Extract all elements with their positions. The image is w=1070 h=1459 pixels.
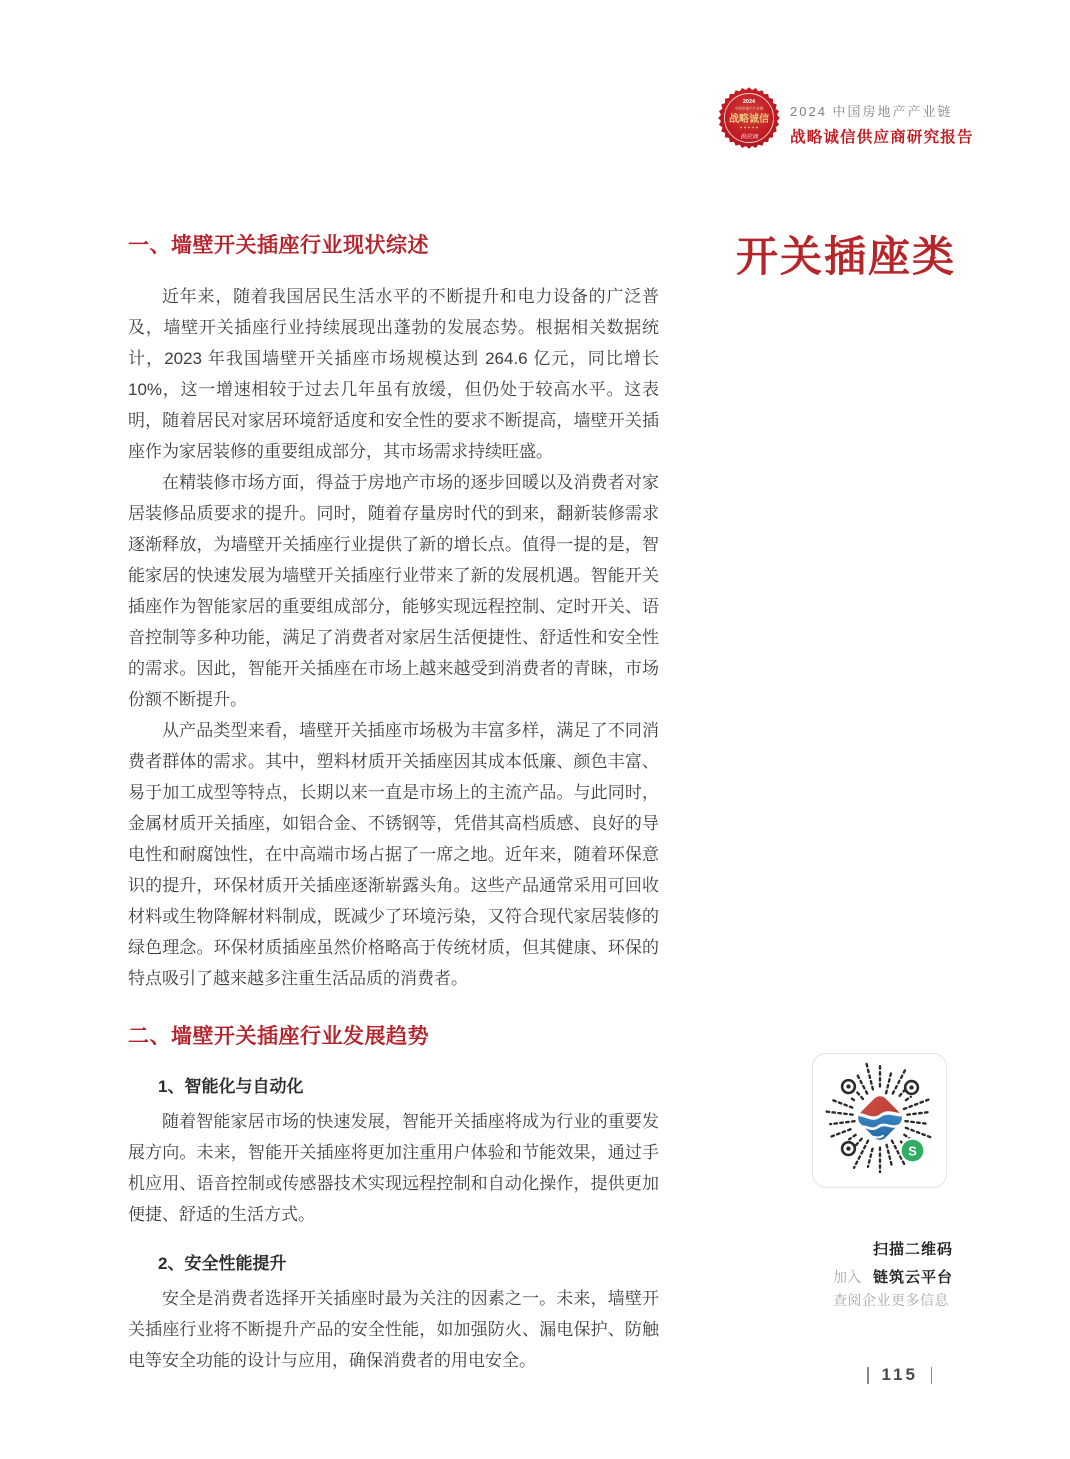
header-title: 战略诚信供应商研究报告 <box>790 125 974 147</box>
page-number: 115 <box>867 1365 932 1385</box>
section-1-heading: 一、墙壁开关插座行业现状综述 <box>128 229 659 259</box>
wechat-s-glyph: S <box>908 1143 917 1158</box>
page-number-right-bar <box>931 1367 933 1384</box>
seal-industry: 中国房地产产业链 <box>735 106 764 111</box>
header-subtitle: 2024 中国房地产产业链 <box>790 101 974 120</box>
page-number-left-bar <box>867 1367 869 1384</box>
report-page: 2024 中国房地产产业链 战略诚信 ★ ★ ★ ★ ★ 供应商 2024 中国… <box>0 0 1070 1459</box>
strategic-integrity-seal: 2024 中国房地产产业链 战略诚信 ★ ★ ★ ★ ★ 供应商 <box>718 86 780 155</box>
seal-stars: ★ ★ ★ ★ ★ <box>740 126 759 130</box>
paragraph: 近年来，随着我国居民生活水平的不断提升和电力设备的广泛普及，墙壁开关插座行业持续… <box>128 281 659 467</box>
seal-icon: 2024 中国房地产产业链 战略诚信 ★ ★ ★ ★ ★ 供应商 <box>718 86 780 150</box>
category-title: 开关插座类 <box>736 224 956 284</box>
subsection-2-title: 2、安全性能提升 <box>128 1249 659 1274</box>
seal-title: 战略诚信 <box>729 112 769 125</box>
seal-script: 供应商 <box>740 133 759 141</box>
page-header: 2024 中国房地产产业链 战略诚信供应商研究报告 <box>790 101 974 147</box>
qr-join-prefix: 加入 <box>833 1269 861 1285</box>
wechat-miniprogram-icon: S <box>900 1138 926 1164</box>
paragraph: 安全是消费者选择开关插座时最为关注的因素之一。未来，墙壁开关插座行业将不断提升产… <box>128 1283 659 1376</box>
page-number-value: 115 <box>882 1365 918 1385</box>
qr-join-line: 加入链筑云平台 <box>833 1266 953 1287</box>
qr-code-image: S <box>813 1054 946 1187</box>
qr-scan-label: 扫描二维码 <box>873 1238 953 1259</box>
section-2-heading: 二、墙壁开关插座行业发展趋势 <box>128 1020 659 1050</box>
qr-more-info: 查阅企业更多信息 <box>833 1290 949 1310</box>
seal-year: 2024 <box>743 99 756 105</box>
subsection-1-title: 1、智能化与自动化 <box>128 1072 659 1097</box>
paragraph: 从产品类型来看，墙壁开关插座市场极为丰富多样，满足了不同消费者群体的需求。其中，… <box>128 715 659 994</box>
paragraph: 在精装修市场方面，得益于房地产市场的逐步回暖以及消费者对家居装修品质要求的提升。… <box>128 467 659 715</box>
qr-code-card: S <box>812 1053 947 1188</box>
main-text-column: 一、墙壁开关插座行业现状综述 近年来，随着我国居民生活水平的不断提升和电力设备的… <box>128 229 659 1376</box>
paragraph: 随着智能家居市场的快速发展，智能开关插座将成为行业的重要发展方向。未来，智能开关… <box>128 1106 659 1230</box>
platform-name: 链筑云平台 <box>873 1269 953 1286</box>
